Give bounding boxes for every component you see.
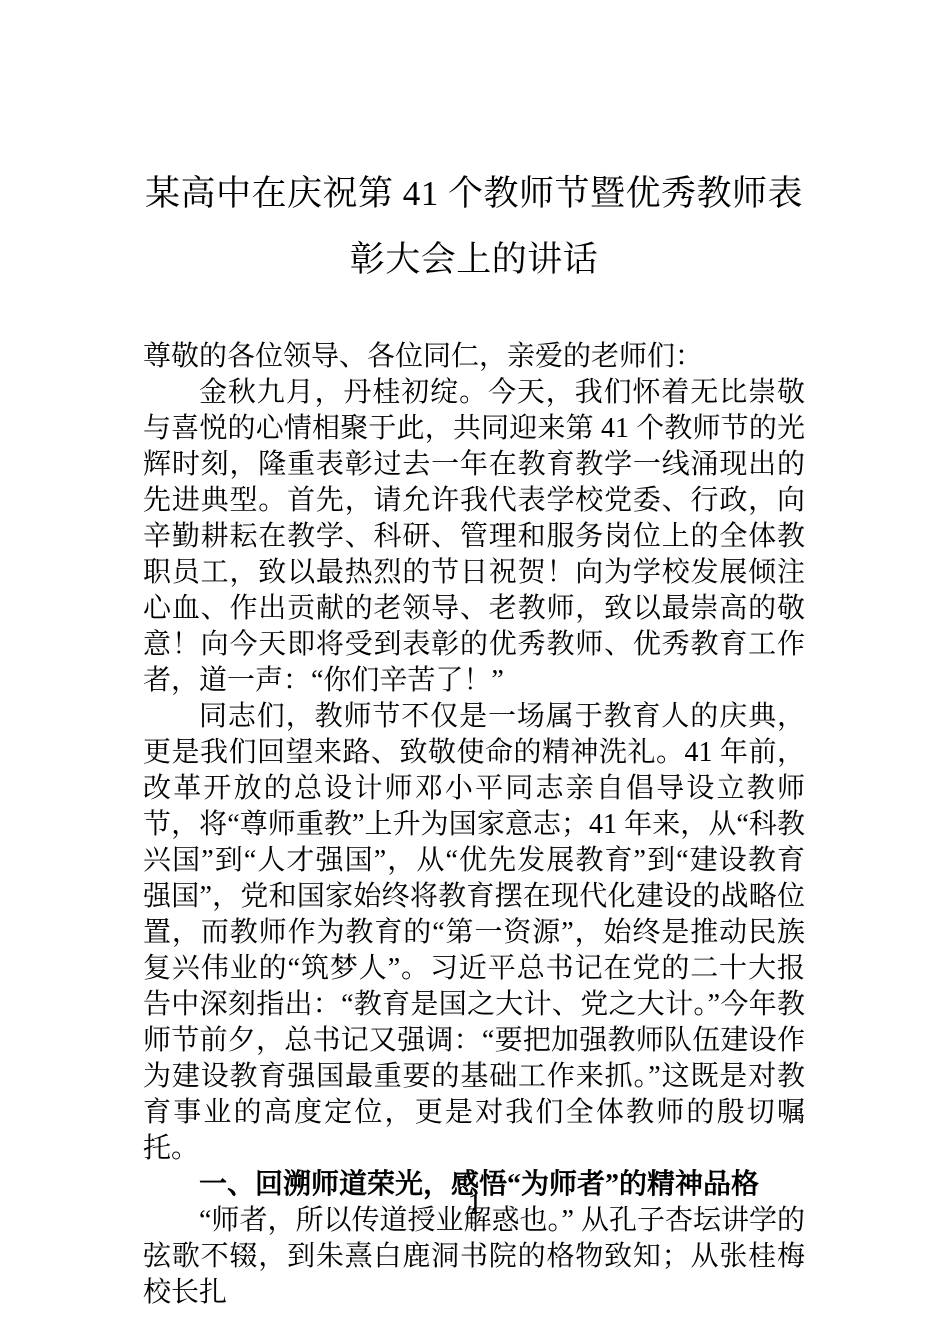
document-page: 某高中在庆祝第 41 个教师节暨优秀教师表彰大会上的讲话 尊敬的各位领导、各位同… xyxy=(0,0,950,1344)
page-number: 1 xyxy=(0,1186,950,1222)
body-paragraph: 同志们，教师节不仅是一场属于教育人的庆典，更是我们回望来路、致敬使命的精神洗礼。… xyxy=(143,699,805,1167)
body-paragraph: 金秋九月，丹桂初绽。今天，我们怀着无比崇敬与喜悦的心情相聚于此，共同迎来第 41… xyxy=(143,375,805,699)
document-title: 某高中在庆祝第 41 个教师节暨优秀教师表彰大会上的讲话 xyxy=(143,161,805,293)
document-content: 某高中在庆祝第 41 个教师节暨优秀教师表彰大会上的讲话 尊敬的各位领导、各位同… xyxy=(143,161,805,1311)
salutation-paragraph: 尊敬的各位领导、各位同仁，亲爱的老师们： xyxy=(143,339,805,375)
